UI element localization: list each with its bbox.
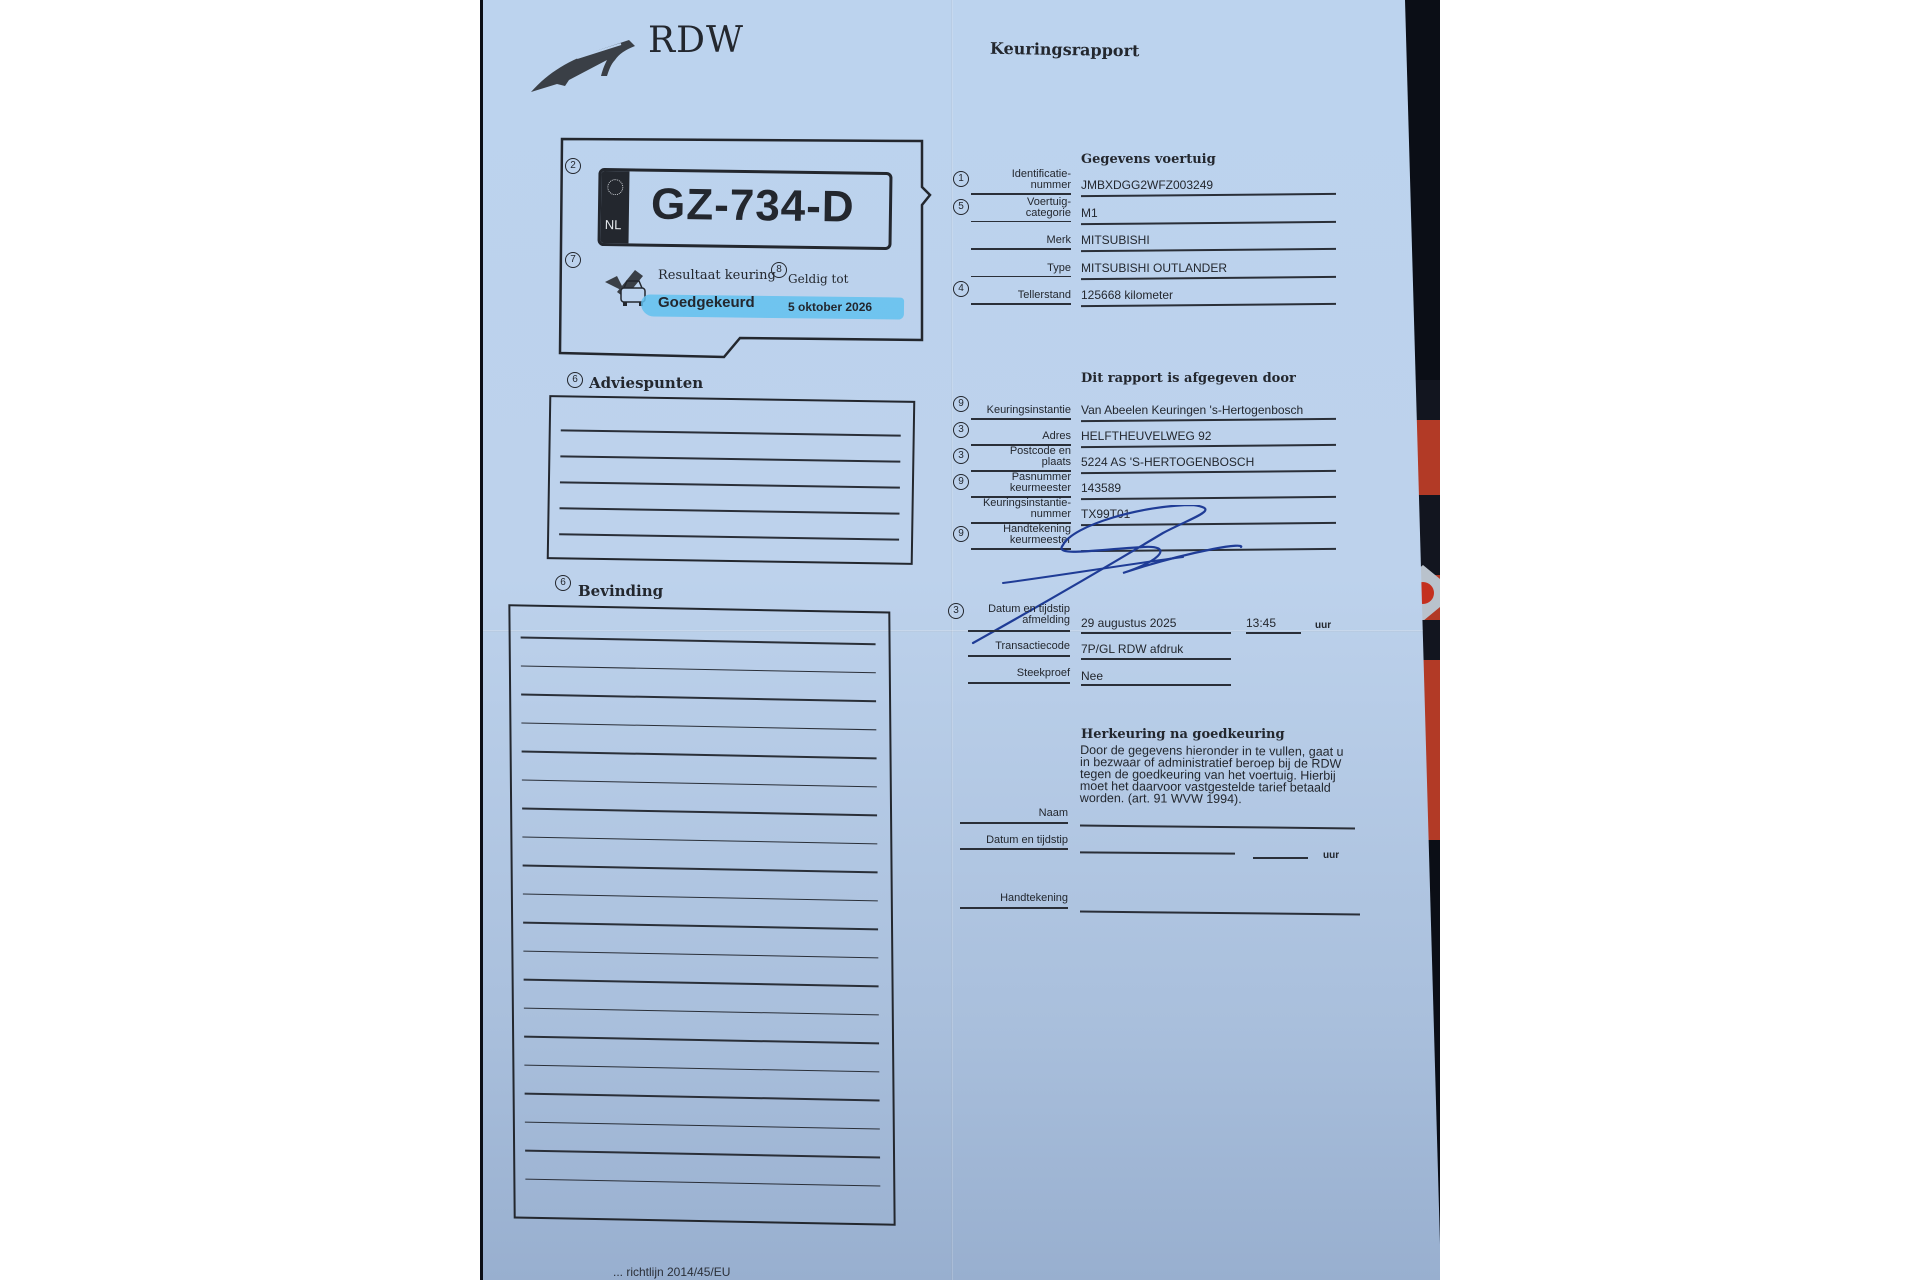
valid-until-label: Geldig tot	[788, 272, 848, 286]
value-underline	[1081, 220, 1336, 224]
writing-line[interactable]	[523, 922, 878, 930]
field-label: Keuringsinstantie	[971, 394, 1071, 416]
valid-until-value: 5 oktober 2026	[788, 300, 872, 314]
handtekening-input-line[interactable]	[1080, 911, 1360, 915]
label-underline	[971, 221, 1071, 223]
value-underline	[1081, 444, 1336, 448]
writing-line[interactable]	[560, 507, 900, 514]
field-label: Voertuig-categorie	[971, 197, 1071, 219]
writing-line[interactable]	[523, 893, 878, 901]
brand-name: RDW	[648, 20, 744, 61]
datum-input-line[interactable]	[1080, 851, 1235, 854]
writing-line[interactable]	[559, 533, 899, 540]
writing-line[interactable]	[525, 1121, 880, 1129]
afmelding-label-line2: afmelding	[968, 615, 1070, 626]
photo: RDW Keuringsrapport 2 NL GZ-734-D 7 Resu…	[480, 0, 1440, 1280]
field-value: MITSUBISHI OUTLANDER	[1081, 261, 1227, 275]
writing-line[interactable]	[521, 636, 876, 644]
field-label: Tellerstand	[971, 279, 1071, 301]
label-underline	[960, 907, 1068, 909]
field-label-line2: Merk	[971, 235, 1071, 246]
value-underline	[1081, 248, 1336, 252]
field-number-badge: 5	[953, 199, 969, 215]
writing-line[interactable]	[560, 455, 900, 462]
writing-line[interactable]	[522, 836, 877, 844]
value-underline	[1081, 632, 1231, 634]
footer-text: ... richtlijn 2014/45/EU	[613, 1265, 730, 1279]
field-number-badge: 6	[567, 372, 583, 388]
field-number-badge: 3	[953, 448, 969, 464]
label-underline	[971, 276, 1071, 278]
writing-line[interactable]	[522, 751, 877, 759]
writing-line[interactable]	[521, 665, 876, 673]
value-underline	[1081, 684, 1231, 686]
field-label: Identificatie-nummer	[971, 169, 1071, 191]
field-number-badge: 3	[953, 422, 969, 438]
adviespunten-box	[547, 395, 916, 565]
label-underline	[968, 630, 1070, 632]
label-underline	[971, 248, 1071, 250]
field-value: HELFTHEUVELWEG 92	[1081, 429, 1211, 443]
adviespunten-title: Adviespunten	[589, 374, 703, 392]
field-number-badge: 9	[953, 474, 969, 490]
writing-line[interactable]	[523, 865, 878, 873]
naam-input-line[interactable]	[1080, 825, 1355, 829]
field-value: Van Abeelen Keuringen 's-Hertogenbosch	[1081, 403, 1303, 417]
field-label-line1: Voertuig-	[971, 197, 1071, 208]
label-underline	[968, 655, 1070, 657]
afmelding-label: Datum en tijdstip afmelding	[968, 604, 1070, 626]
vehicle-section-title: Gegevens voertuig	[1081, 152, 1216, 167]
herkeuring-time-unit: uur	[1323, 850, 1339, 861]
inspection-report-paper: RDW Keuringsrapport 2 NL GZ-734-D 7 Resu…	[483, 0, 1440, 1280]
label-underline	[960, 822, 1068, 824]
result-value: Goedgekeurd	[658, 294, 755, 311]
writing-line[interactable]	[525, 1093, 880, 1101]
steekproef-value: Nee	[1081, 669, 1103, 683]
field-number-badge: 6	[555, 575, 571, 591]
eu-stars-icon	[607, 179, 623, 195]
field-number-badge: 3	[948, 603, 964, 619]
bevinding-box	[508, 604, 895, 1226]
country-code: NL	[605, 217, 622, 232]
field-label: Postcode enplaats	[971, 446, 1071, 468]
eu-band: NL	[601, 171, 630, 243]
field-number-badge: 1	[953, 171, 969, 187]
value-underline	[1081, 496, 1336, 500]
writing-line[interactable]	[561, 429, 901, 436]
issuer-section-title: Dit rapport is afgegeven door	[1081, 371, 1296, 386]
afmelding-time-unit: uur	[1315, 620, 1331, 631]
bevinding-title: Bevinding	[578, 582, 663, 600]
rdw-feather-logo-icon	[529, 36, 637, 94]
field-value: JMBXDGG2WFZ003249	[1081, 178, 1213, 192]
writing-line[interactable]	[524, 1007, 879, 1015]
field-value: MITSUBISHI	[1081, 233, 1150, 247]
label-underline	[968, 682, 1070, 684]
field-label-line2: plaats	[971, 457, 1071, 468]
naam-label: Naam	[968, 808, 1068, 819]
afmelding-date: 29 augustus 2025	[1081, 616, 1176, 630]
herkeuring-text: Door de gegevens hieronder in te vullen,…	[1080, 744, 1370, 806]
writing-line[interactable]	[524, 979, 879, 987]
label-underline	[960, 848, 1068, 850]
datum-label: Datum en tijdstip	[960, 835, 1068, 846]
field-label-line2: Tellerstand	[971, 290, 1071, 301]
value-underline	[1081, 275, 1336, 279]
field-label-line2: keurmeester	[971, 483, 1071, 494]
license-plate: NL GZ-734-D	[597, 168, 892, 250]
handtekening-label: Handtekening	[960, 893, 1068, 904]
registration-number: GZ-734-D	[651, 180, 882, 233]
adviespunten-lines	[551, 397, 913, 403]
writing-line[interactable]	[521, 693, 876, 701]
value-underline	[1246, 632, 1301, 634]
herkeuring-title: Herkeuring na goedkeuring	[1081, 727, 1285, 742]
label-underline	[971, 303, 1071, 305]
field-number-badge: 2	[565, 158, 581, 174]
writing-line[interactable]	[525, 1150, 880, 1158]
bevinding-lines	[510, 606, 888, 613]
field-label-line2: categorie	[971, 208, 1071, 219]
field-value: 143589	[1081, 481, 1121, 495]
writing-line[interactable]	[523, 950, 878, 958]
transactiecode-value: 7P/GL RDW afdruk	[1081, 642, 1183, 656]
field-value: 125668 kilometer	[1081, 288, 1173, 302]
result-label: Resultaat keuring	[658, 268, 776, 283]
field-label: Pasnummerkeurmeester	[971, 472, 1071, 494]
writing-line[interactable]	[525, 1178, 880, 1186]
steekproef-label: Steekproef	[968, 668, 1070, 679]
field-label: Adres	[971, 420, 1071, 442]
tijd-input-line[interactable]	[1253, 857, 1308, 859]
field-label-line2: Adres	[971, 431, 1071, 442]
field-label-line1	[971, 252, 1071, 263]
writing-line[interactable]	[560, 481, 900, 488]
label-underline	[971, 193, 1071, 195]
writing-line[interactable]	[521, 722, 876, 730]
field-label-line2: nummer	[971, 180, 1071, 191]
field-label-line2: Type	[971, 263, 1071, 274]
field-label-line2: Keuringsinstantie	[971, 405, 1071, 416]
afmelding-time: 13:45	[1246, 616, 1276, 630]
value-underline	[1081, 193, 1336, 197]
value-underline	[1081, 658, 1231, 660]
report-title: Keuringsrapport	[990, 39, 1140, 61]
field-number-badge: 4	[953, 281, 969, 297]
value-underline	[1081, 470, 1336, 474]
field-number-badge: 9	[953, 396, 969, 412]
field-label: Merk	[971, 224, 1071, 246]
field-number-badge: 8	[771, 262, 787, 278]
field-value: M1	[1081, 206, 1098, 220]
writing-line[interactable]	[524, 1036, 879, 1044]
field-number-badge: 7	[565, 252, 581, 268]
field-value: 5224 AS 'S-HERTOGENBOSCH	[1081, 455, 1254, 469]
value-underline	[1081, 303, 1336, 307]
writing-line[interactable]	[522, 808, 877, 816]
value-underline	[1081, 418, 1336, 422]
writing-line[interactable]	[524, 1064, 879, 1072]
writing-line[interactable]	[522, 779, 877, 787]
field-label: Type	[971, 252, 1071, 274]
transactiecode-label: Transactiecode	[968, 641, 1070, 652]
